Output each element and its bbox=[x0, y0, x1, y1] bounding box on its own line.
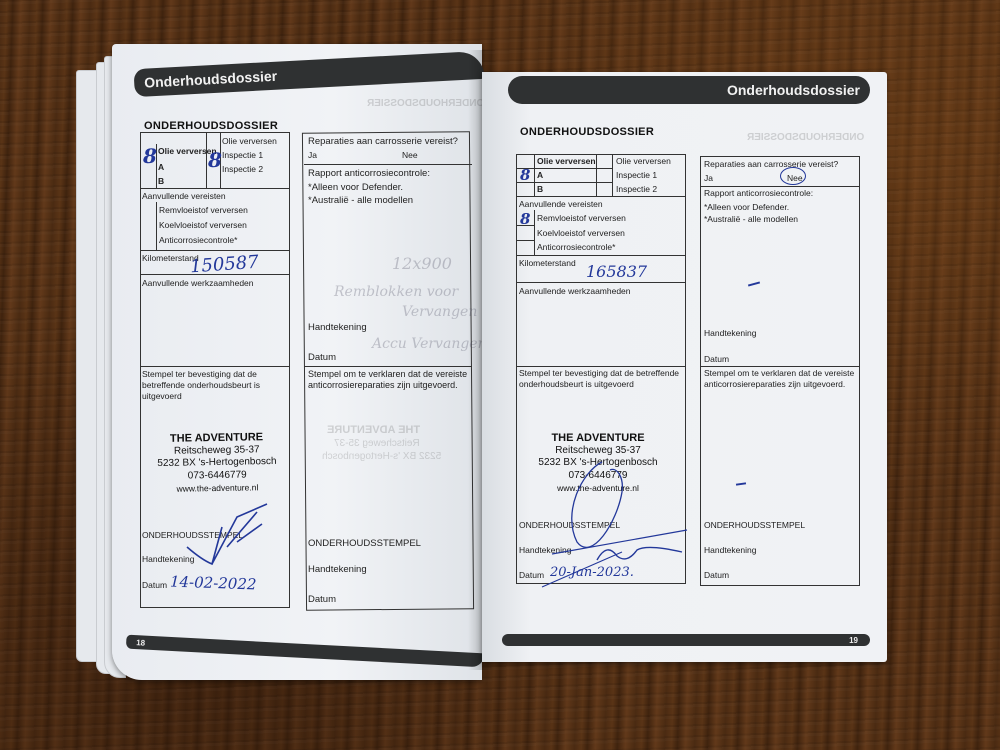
right-corr-date-label: Datum bbox=[704, 354, 729, 364]
divider bbox=[206, 132, 207, 188]
divider bbox=[596, 154, 597, 196]
left-check-inspection: 8 bbox=[208, 148, 222, 172]
right-corr-date-label-2: Datum bbox=[704, 570, 729, 580]
left-corr-signature-label: Handtekening bbox=[308, 322, 367, 333]
left-corr-stamp-label: ONDERHOUDSSTEMPEL bbox=[308, 538, 421, 549]
ghost-heading: ONDERHOUDSDOSSIER bbox=[367, 98, 484, 109]
divider bbox=[516, 240, 534, 241]
right-option-a: A bbox=[537, 170, 543, 180]
left-check-oil: 8 bbox=[143, 144, 157, 168]
bleed-through-1: 12x900 bbox=[392, 254, 452, 273]
left-report-label: Rapport anticorrosiecontrole: bbox=[308, 168, 430, 179]
divider bbox=[140, 250, 290, 251]
bleed-through-street: Reitscheweg 35-37 bbox=[334, 438, 420, 449]
right-report-label: Rapport anticorrosiecontrole: bbox=[704, 188, 813, 198]
left-page: Onderhoudsdossier ONDERHOUDSDOSSIER ONDE… bbox=[112, 44, 482, 680]
divider bbox=[534, 210, 535, 255]
right-bodywork-question: Reparaties aan carrosserie vereist? bbox=[704, 159, 838, 169]
right-oil-change-label-2: Olie verversen bbox=[616, 156, 671, 166]
right-footer-bar: 19 bbox=[502, 634, 870, 646]
right-check-brake-fluid: 8 bbox=[520, 210, 530, 228]
left-additional-work: Aanvullende werkzaamheden bbox=[142, 278, 254, 288]
left-coolant: Koelvloeistof verversen bbox=[159, 220, 247, 230]
right-odometer-value: 165837 bbox=[586, 262, 647, 281]
left-option-b: B bbox=[158, 176, 164, 186]
left-dealer-stamp: THE ADVENTURE Reitscheweg 35-37 5232 BX … bbox=[151, 431, 282, 496]
left-header-title: Onderhoudsdossier bbox=[144, 68, 278, 91]
left-section-title: ONDERHOUDSDOSSIER bbox=[144, 120, 278, 132]
left-note-2: *Australië - alle modellen bbox=[308, 195, 413, 206]
right-signature-scribble bbox=[522, 452, 692, 592]
left-oil-change-label-2: Olie verversen bbox=[222, 136, 277, 146]
right-brake-fluid: Remvloeistof verversen bbox=[537, 213, 626, 223]
left-signature-scribble bbox=[182, 502, 272, 572]
dealer-name: THE ADVENTURE bbox=[528, 432, 668, 445]
left-corr-date-label-2: Datum bbox=[308, 594, 336, 605]
divider bbox=[304, 366, 472, 367]
left-corr-date-label: Datum bbox=[308, 352, 336, 363]
left-additional-requirements: Aanvullende vereisten bbox=[142, 191, 226, 201]
right-additional-requirements: Aanvullende vereisten bbox=[519, 199, 603, 209]
left-date-value: 14-02-2022 bbox=[170, 572, 257, 593]
divider bbox=[304, 164, 472, 165]
right-oil-change-label: Olie verversen bbox=[537, 156, 596, 166]
right-option-b: B bbox=[537, 184, 543, 194]
divider bbox=[516, 282, 686, 283]
divider bbox=[534, 154, 535, 196]
right-note-1: *Alleen voor Defender. bbox=[704, 202, 789, 212]
right-corr-signature-label: Handtekening bbox=[704, 328, 756, 338]
right-no-circled-mark bbox=[780, 167, 806, 185]
left-no: Nee bbox=[402, 150, 418, 160]
divider bbox=[516, 255, 686, 256]
left-footer-bar: 18 bbox=[126, 635, 484, 668]
divider bbox=[156, 202, 157, 250]
right-page-number: 19 bbox=[849, 636, 858, 645]
divider bbox=[700, 186, 860, 187]
right-note-2: *Australië - alle modellen bbox=[704, 214, 798, 224]
bleed-through-3: Vervangen bbox=[402, 304, 477, 320]
left-brake-fluid: Remvloeistof verversen bbox=[159, 205, 248, 215]
left-header-bar: Onderhoudsdossier bbox=[134, 51, 485, 97]
left-option-a: A bbox=[158, 162, 164, 172]
right-stamp-caption: Stempel ter bevestiging dat de betreffen… bbox=[519, 368, 684, 390]
right-corr-stamp-label: ONDERHOUDSSTEMPEL bbox=[704, 520, 805, 530]
divider bbox=[612, 154, 613, 196]
left-page-number: 18 bbox=[136, 638, 145, 647]
left-yes: Ja bbox=[308, 150, 317, 160]
left-corr-stamp-caption: Stempel om te verklaren dat de vereiste … bbox=[308, 369, 468, 391]
right-page: Onderhoudsdossier ONDERHOUDSDOSSIER ONDE… bbox=[482, 72, 887, 662]
left-bodywork-question: Reparaties aan carrosserie vereist? bbox=[308, 136, 458, 147]
dealer-city: 5232 BX 's-Hertogenbosch bbox=[152, 456, 282, 471]
right-check-option-a: 8 bbox=[520, 166, 530, 184]
divider bbox=[140, 366, 290, 367]
bleed-through-city: 5232 BX 's-Hertogenbosch bbox=[322, 451, 441, 462]
left-stamp-caption-1: Stempel ter bevestiging dat de betreffen… bbox=[142, 369, 287, 402]
left-date-label: Datum bbox=[142, 580, 167, 590]
right-yes: Ja bbox=[704, 173, 713, 183]
divider bbox=[516, 196, 686, 197]
right-header-title: Onderhoudsdossier bbox=[727, 82, 860, 98]
right-odometer-label: Kilometerstand bbox=[519, 258, 576, 268]
left-corr-signature-label-2: Handtekening bbox=[308, 564, 367, 575]
left-anticorrosion: Anticorrosiecontrole* bbox=[159, 235, 237, 245]
divider bbox=[516, 366, 686, 367]
bleed-through-2: Remblokken voor bbox=[334, 284, 458, 300]
right-coolant: Koelvloeistof verversen bbox=[537, 228, 625, 238]
left-inspection-1: Inspectie 1 bbox=[222, 150, 263, 160]
left-inspection-2: Inspectie 2 bbox=[222, 164, 263, 174]
bleed-through-stamp: THE ADVENTURE bbox=[327, 424, 420, 436]
right-corr-signature-label-2: Handtekening bbox=[704, 545, 756, 555]
right-corr-stamp-caption: Stempel om te verklaren dat de vereiste … bbox=[704, 368, 859, 390]
ghost-heading-right: ONDERHOUDSDOSSIER bbox=[747, 132, 864, 143]
right-header-bar: Onderhoudsdossier bbox=[508, 76, 870, 104]
right-anticorrosion: Anticorrosiecontrole* bbox=[537, 242, 615, 252]
right-additional-work: Aanvullende werkzaamheden bbox=[519, 286, 631, 296]
right-inspection-2: Inspectie 2 bbox=[616, 184, 657, 194]
divider bbox=[140, 274, 290, 275]
left-note-1: *Alleen voor Defender. bbox=[308, 182, 403, 193]
right-section-title: ONDERHOUDSDOSSIER bbox=[520, 126, 654, 138]
dealer-name: THE ADVENTURE bbox=[151, 431, 281, 446]
divider bbox=[140, 188, 290, 189]
right-inspection-1: Inspectie 1 bbox=[616, 170, 657, 180]
divider bbox=[700, 366, 860, 367]
dealer-website: www.the-adventure.nl bbox=[152, 481, 282, 496]
